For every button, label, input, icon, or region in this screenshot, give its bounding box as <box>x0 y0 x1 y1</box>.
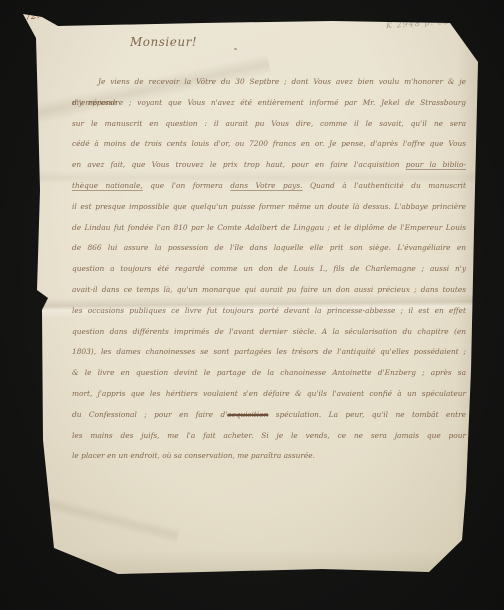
line-text: il est presque impossible que quelqu'un … <box>72 202 466 211</box>
letter-line: 1803), les dames chanoinesses se sont pa… <box>72 342 466 363</box>
salutation: Monsieur! <box>130 35 197 49</box>
letter-paper: 72. K 2948 p. 63 Monsieur! Je viens de r… <box>22 10 478 576</box>
fold-crease-bottomleft <box>30 492 179 544</box>
line-text: que l'on formera <box>143 181 231 190</box>
letter-line: de 866 lui assure la possession de l'île… <box>72 238 466 259</box>
line-text: avait-il dans ce temps là, qu'un monarqu… <box>72 285 466 294</box>
letter-line: du Confessional ; pour en faire d'acquis… <box>72 405 466 426</box>
struck-out-word: acquisition <box>227 410 268 419</box>
paper-edge-shadow-bottom <box>22 550 478 576</box>
line-text: de 866 lui assure la possession de l'île… <box>72 243 466 252</box>
letter-line: de Lindau fut fondée l'an 810 par le Com… <box>72 218 466 239</box>
letter-line: & le livre en question devint le partage… <box>72 363 466 384</box>
letter-line: d'y répondre ; voyant que Vous n'avez ét… <box>72 93 466 114</box>
line-text: d'y répondre ; voyant que Vous n'avez ét… <box>72 98 466 107</box>
ink-speck <box>234 48 237 50</box>
line-text: les occasions publiques ce livre fut tou… <box>72 306 466 315</box>
letter-line: thèque nationale, que l'on formera dans … <box>72 176 466 197</box>
line-text: sur le manuscrit en question : il aurait… <box>72 119 466 128</box>
letter-line: cédé à moins de trois cents louis d'or, … <box>72 134 466 155</box>
line-text: du Confessional ; pour en faire d' <box>72 410 227 419</box>
folio-number: 72. <box>24 11 40 23</box>
line-text: question a toujours été regardé comme un… <box>72 264 466 273</box>
letter-line: question a toujours été regardé comme un… <box>72 259 466 280</box>
letter-line: question dans différents imprimés de l'a… <box>72 322 466 343</box>
letter-line: le placer en un endroit, où sa conservat… <box>72 446 466 467</box>
letter-line: sur le manuscrit en question : il aurait… <box>72 114 466 135</box>
line-text: 1803), les dames chanoinesses se sont pa… <box>72 347 466 356</box>
photograph-background: 72. K 2948 p. 63 Monsieur! Je viens de r… <box>0 0 504 610</box>
underlined-phrase: dans Votre pays. <box>230 181 302 190</box>
line-text: question dans différents imprimés de l'a… <box>72 327 466 336</box>
line-text: Quand à l'authenticité du manuscrit <box>302 181 466 190</box>
line-text: de Lindau fut fondée l'an 810 par le Com… <box>72 223 466 232</box>
letter-line: il est presque impossible que quelqu'un … <box>72 197 466 218</box>
letter-line: Je viens de recevoir la Vôtre du 30 Sept… <box>72 72 466 93</box>
line-text: spéculation. La peur, qu'il ne tombât en… <box>268 410 466 419</box>
letter-body: Je viens de recevoir la Vôtre du 30 Sept… <box>72 72 466 467</box>
line-text: cédé à moins de trois cents louis d'or, … <box>72 139 466 148</box>
underlined-phrase: thèque nationale, <box>72 181 143 190</box>
letter-line: les occasions publiques ce livre fut tou… <box>72 301 466 322</box>
letter-line: avait-il dans ce temps là, qu'un monarqu… <box>72 280 466 301</box>
letter-line: les mains des juifs, me l'a fait acheter… <box>72 426 466 447</box>
line-text: & le livre en question devint le partage… <box>72 368 466 377</box>
line-text: en avez fait, que Vous trouvez le prix t… <box>72 160 406 169</box>
letter-line: en avez fait, que Vous trouvez le prix t… <box>72 155 466 176</box>
shelfmark-pencil-note: K 2948 p. 63 <box>386 17 450 30</box>
letter-line: mort, j'appris que les héritiers voulaie… <box>72 384 466 405</box>
line-text: les mains des juifs, me l'a fait acheter… <box>72 431 466 440</box>
line-text: mort, j'appris que les héritiers voulaie… <box>72 389 466 398</box>
line-text: le placer en un endroit, où sa conservat… <box>72 451 315 460</box>
underlined-phrase: pour la biblio- <box>406 160 466 169</box>
